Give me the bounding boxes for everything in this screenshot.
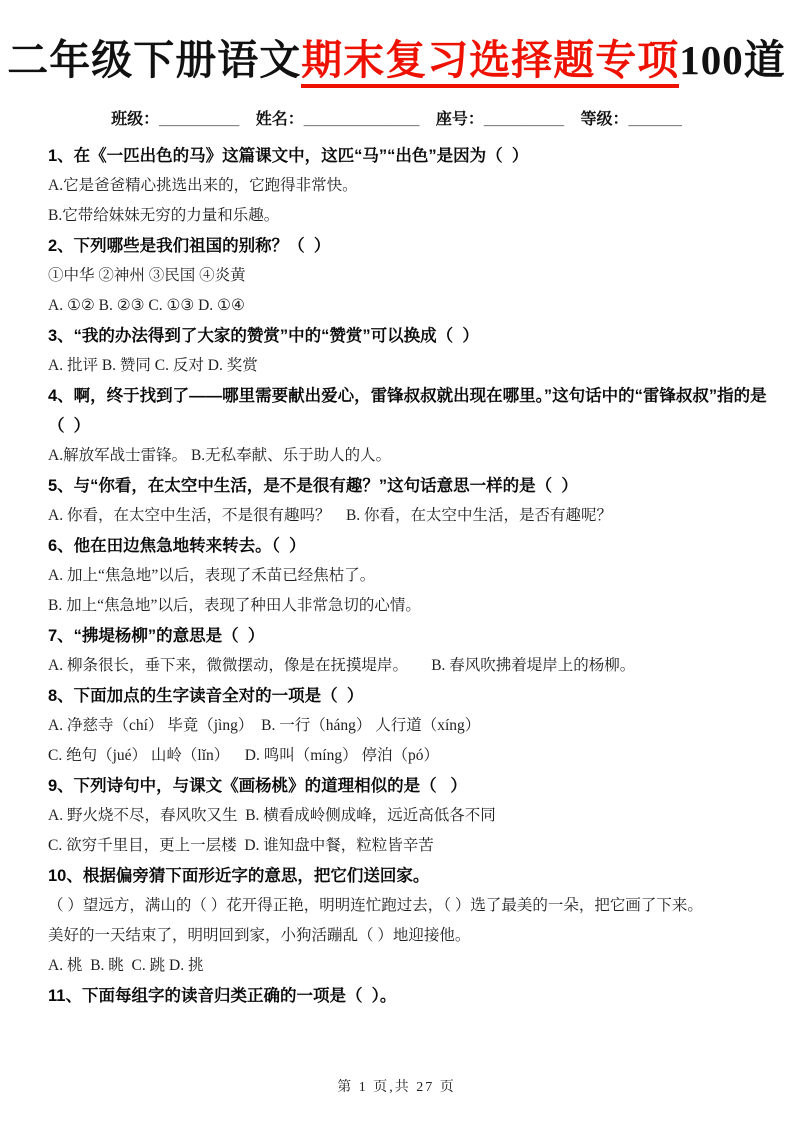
question-10-passage-line-2: 美好的一天结束了，明明回到家，小狗活蹦乱（ ）地迎接他。 bbox=[48, 921, 767, 951]
seat-label: 座号： bbox=[436, 111, 484, 128]
question-1-option-b: B.它带给妹妹无穷的力量和乐趣。 bbox=[48, 201, 767, 231]
page-title: 二年级下册语文期末复习选择题专项100道 bbox=[0, 30, 793, 90]
question-7-stem: 7、“拂堤杨柳”的意思是（ ） bbox=[48, 621, 767, 651]
name-blank: _____________ bbox=[304, 111, 420, 128]
class-field: 班级：_________ bbox=[111, 111, 239, 128]
class-blank: _________ bbox=[159, 111, 239, 128]
question-8-options-ab: A. 净慈寺（chí） 毕竟（jìng） B. 一行（háng） 人行道（xín… bbox=[48, 711, 767, 741]
name-label: 姓名： bbox=[256, 111, 304, 128]
question-8-stem: 8、下面加点的生字读音全对的一项是（ ） bbox=[48, 681, 767, 711]
question-4: 4、啊，终于找到了——哪里需要献出爱心，雷锋叔叔就出现在哪里。”这句话中的“雷锋… bbox=[48, 381, 767, 471]
question-5-options: A. 你看，在太空中生活，不是很有趣吗？ B. 你看，在太空中生活，是否有趣呢？ bbox=[48, 501, 767, 531]
question-2: 2、下列哪些是我们祖国的别称？（ ） ①中华 ②神州 ③民国 ④炎黄 A. ①②… bbox=[48, 231, 767, 321]
question-3-stem: 3、“我的办法得到了大家的赞赏”中的“赞赏”可以换成（ ） bbox=[48, 321, 767, 351]
question-7-options: A. 柳条很长，垂下来，微微摆动，像是在抚摸堤岸。 B. 春风吹拂着堤岸上的杨柳… bbox=[48, 651, 767, 681]
question-4-options: A.解放军战士雷锋。 B.无私奉献、乐于助人的人。 bbox=[48, 441, 767, 471]
page-number-footer: 第 1 页,共 27 页 bbox=[0, 1076, 793, 1096]
question-10-stem: 10、根据偏旁猜下面形近字的意思，把它们送回家。 bbox=[48, 861, 767, 891]
question-3-options: A. 批评 B. 赞同 C. 反对 D. 奖赏 bbox=[48, 351, 767, 381]
question-7: 7、“拂堤杨柳”的意思是（ ） A. 柳条很长，垂下来，微微摆动，像是在抚摸堤岸… bbox=[48, 621, 767, 681]
question-10-options: A. 桃 B. 眺 C. 跳 D. 挑 bbox=[48, 951, 767, 981]
grade-field: 等级：______ bbox=[580, 111, 681, 128]
question-6-option-a: A. 加上“焦急地”以后，表现了禾苗已经焦枯了。 bbox=[48, 561, 767, 591]
seat-field: 座号：_________ bbox=[436, 111, 564, 128]
question-6: 6、他在田边焦急地转来转去。（ ） A. 加上“焦急地”以后，表现了禾苗已经焦枯… bbox=[48, 531, 767, 621]
name-field: 姓名：_____________ bbox=[256, 111, 420, 128]
question-6-option-b: B. 加上“焦急地”以后，表现了种田人非常急切的心情。 bbox=[48, 591, 767, 621]
class-label: 班级： bbox=[111, 111, 159, 128]
question-10: 10、根据偏旁猜下面形近字的意思，把它们送回家。 （ ）望远方，满山的（ ）花开… bbox=[48, 861, 767, 981]
question-8: 8、下面加点的生字读音全对的一项是（ ） A. 净慈寺（chí） 毕竟（jìng… bbox=[48, 681, 767, 771]
student-info-row: 班级：_________ 姓名：_____________ 座号：_______… bbox=[0, 106, 793, 129]
question-3: 3、“我的办法得到了大家的赞赏”中的“赞赏”可以换成（ ） A. 批评 B. 赞… bbox=[48, 321, 767, 381]
title-suffix: 100道 bbox=[679, 37, 786, 83]
seat-blank: _________ bbox=[484, 111, 564, 128]
question-1: 1、在《一匹出色的马》这篇课文中，这匹“马”“出色”是因为（ ） A.它是爸爸精… bbox=[48, 141, 767, 231]
question-9: 9、下列诗句中，与课文《画杨桃》的道理相似的是（ ） A. 野火烧不尽，春风吹又… bbox=[48, 771, 767, 861]
question-9-options-ab: A. 野火烧不尽，春风吹又生 B. 横看成岭侧成峰，远近高低各不同 bbox=[48, 801, 767, 831]
title-highlight: 期末复习选择题专项 bbox=[301, 37, 679, 88]
question-5: 5、与“你看，在太空中生活，是不是很有趣？”这句话意思一样的是（ ） A. 你看… bbox=[48, 471, 767, 531]
question-9-options-cd: C. 欲穷千里目，更上一层楼 D. 谁知盘中餐，粒粒皆辛苦 bbox=[48, 831, 767, 861]
question-11-stem: 11、下面每组字的读音归类正确的一项是（ ）。 bbox=[48, 981, 767, 1011]
question-2-items: ①中华 ②神州 ③民国 ④炎黄 bbox=[48, 261, 767, 291]
grade-blank: ______ bbox=[628, 111, 681, 128]
question-1-option-a: A.它是爸爸精心挑选出来的，它跑得非常快。 bbox=[48, 171, 767, 201]
question-1-stem: 1、在《一匹出色的马》这篇课文中，这匹“马”“出色”是因为（ ） bbox=[48, 141, 767, 171]
title-prefix: 二年级下册语文 bbox=[7, 37, 301, 83]
question-10-passage-line-1: （ ）望远方，满山的（ ）花开得正艳，明明连忙跑过去，（ ）选了最美的一朵，把它… bbox=[48, 891, 767, 921]
question-list: 1、在《一匹出色的马》这篇课文中，这匹“马”“出色”是因为（ ） A.它是爸爸精… bbox=[0, 129, 793, 1011]
question-2-options: A. ①② B. ②③ C. ①③ D. ①④ bbox=[48, 291, 767, 321]
worksheet-page: 二年级下册语文期末复习选择题专项100道 班级：_________ 姓名：___… bbox=[0, 0, 793, 1122]
grade-label: 等级： bbox=[580, 111, 628, 128]
question-2-stem: 2、下列哪些是我们祖国的别称？（ ） bbox=[48, 231, 767, 261]
question-4-stem: 4、啊，终于找到了——哪里需要献出爱心，雷锋叔叔就出现在哪里。”这句话中的“雷锋… bbox=[48, 381, 767, 441]
question-6-stem: 6、他在田边焦急地转来转去。（ ） bbox=[48, 531, 767, 561]
question-8-options-cd: C. 绝句（jué） 山岭（lǐn） D. 鸣叫（míng） 停泊（pó） bbox=[48, 741, 767, 771]
question-11: 11、下面每组字的读音归类正确的一项是（ ）。 bbox=[48, 981, 767, 1011]
question-9-stem: 9、下列诗句中，与课文《画杨桃》的道理相似的是（ ） bbox=[48, 771, 767, 801]
question-5-stem: 5、与“你看，在太空中生活，是不是很有趣？”这句话意思一样的是（ ） bbox=[48, 471, 767, 501]
